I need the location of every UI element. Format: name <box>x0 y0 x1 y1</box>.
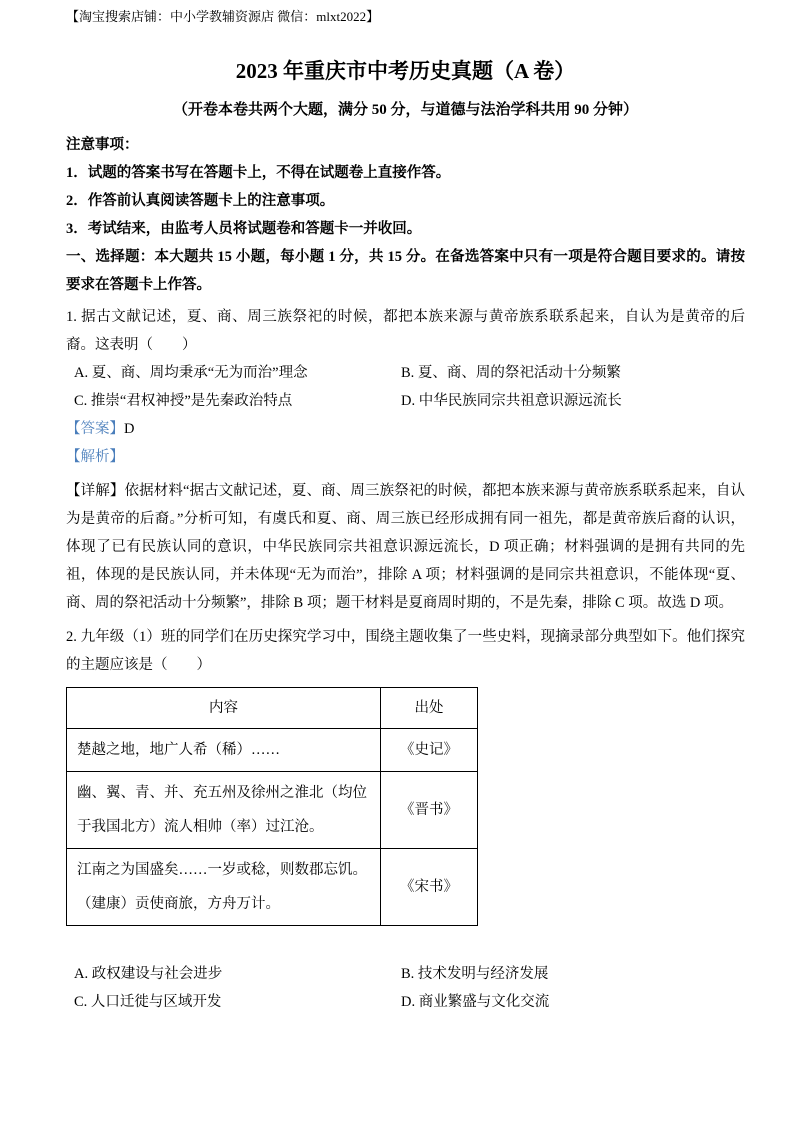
question-1-explanation: 【详解】依据材料“据古文献记述，夏、商、周三族祭祀的时候，都把本族来源与黄帝族系… <box>66 477 745 617</box>
question-2-option-d: D. 商业繁盛与文化交流 <box>401 988 745 1016</box>
store-promo-note: 【淘宝搜索店铺：中小学教辅资源店 微信：mlxt2022】 <box>66 8 745 25</box>
column-header-source: 出处 <box>381 688 478 729</box>
column-header-content: 内容 <box>67 688 381 729</box>
table-row: 楚越之地，地广人希（稀）……《史记》 <box>67 729 478 772</box>
question-2-option-a: A. 政权建设与社会进步 <box>74 960 401 988</box>
source-content-cell: 江南之为国盛矣……一岁或稔，则数郡忘饥。 （建康）贡使商旅，方舟万计。 <box>67 849 381 926</box>
exam-subtitle: （开卷本卷共两个大题，满分 50 分，与道德与法治学科共用 90 分钟） <box>66 99 745 121</box>
source-content-cell: 幽、翼、青、并、充五州及徐州之淮北（均位于我国北方）流人相帅（率）过江沧。 <box>67 772 381 849</box>
question-2-options: A. 政权建设与社会进步 B. 技术发明与经济发展 C. 人口迁徙与区域开发 D… <box>66 960 745 1016</box>
table-row: 江南之为国盛矣……一岁或稔，则数郡忘饥。 （建康）贡使商旅，方舟万计。《宋书》 <box>67 849 478 926</box>
source-origin-cell: 《晋书》 <box>381 772 478 849</box>
question-1-option-a: A. 夏、商、周均秉承“无为而治”理念 <box>74 359 401 387</box>
notice-item-2: 2．作答前认真阅读答题卡上的注意事项。 <box>66 187 745 215</box>
table-header-row: 内容 出处 <box>67 688 478 729</box>
notice-heading: 注意事项： <box>66 131 745 159</box>
question-1-option-c: C. 推崇“君权神授”是先秦政治特点 <box>74 387 401 415</box>
notice-item-3: 3．考试结来，由监考人员将试题卷和答题卡一并收回。 <box>66 215 745 243</box>
answer-line: 【答案】D <box>66 415 745 443</box>
answer-value: D <box>124 421 134 437</box>
answer-tag: 【答案】 <box>66 421 124 437</box>
notice-item-1: 1．试题的答案书写在答题卡上，不得在试题卷上直接作答。 <box>66 159 745 187</box>
question-2-option-c: C. 人口迁徙与区域开发 <box>74 988 401 1016</box>
source-material-table: 内容 出处 楚越之地，地广人希（稀）……《史记》幽、翼、青、并、充五州及徐州之淮… <box>66 687 478 926</box>
exam-title: 2023 年重庆市中考历史真题（A 卷） <box>66 57 745 85</box>
table-head: 内容 出处 <box>67 688 478 729</box>
section-1-intro: 一、选择题：本大题共 15 小题，每小题 1 分，共 15 分。在备选答案中只有… <box>66 243 745 299</box>
source-origin-cell: 《史记》 <box>381 729 478 772</box>
table-body: 楚越之地，地广人希（稀）……《史记》幽、翼、青、并、充五州及徐州之淮北（均位于我… <box>67 729 478 926</box>
question-1-option-b: B. 夏、商、周的祭祀活动十分频繁 <box>401 359 745 387</box>
detail-text: 依据材料“据古文献记述，夏、商、周三族祭祀的时候，都把本族来源与黄帝族系联系起来… <box>66 483 745 611</box>
table-row: 幽、翼、青、并、充五州及徐州之淮北（均位于我国北方）流人相帅（率）过江沧。《晋书… <box>67 772 478 849</box>
question-1-option-d: D. 中华民族同宗共祖意识源远流长 <box>401 387 745 415</box>
question-2-stem: 2. 九年级（1）班的同学们在历史探究学习中，围绕主题收集了一些史料，现摘录部分… <box>66 623 745 679</box>
question-1-options: A. 夏、商、周均秉承“无为而治”理念 B. 夏、商、周的祭祀活动十分频繁 C.… <box>66 359 745 415</box>
question-2-option-b: B. 技术发明与经济发展 <box>401 960 745 988</box>
source-origin-cell: 《宋书》 <box>381 849 478 926</box>
exam-document-page: 【淘宝搜索店铺：中小学教辅资源店 微信：mlxt2022】 2023 年重庆市中… <box>0 0 793 1122</box>
detail-tag: 【详解】 <box>66 483 124 499</box>
question-1-stem: 1. 据古文献记述，夏、商、周三族祭祀的时候，都把本族来源与黄帝族系联系起来，自… <box>66 303 745 359</box>
analysis-tag: 【解析】 <box>66 443 745 471</box>
source-content-cell: 楚越之地，地广人希（稀）…… <box>67 729 381 772</box>
